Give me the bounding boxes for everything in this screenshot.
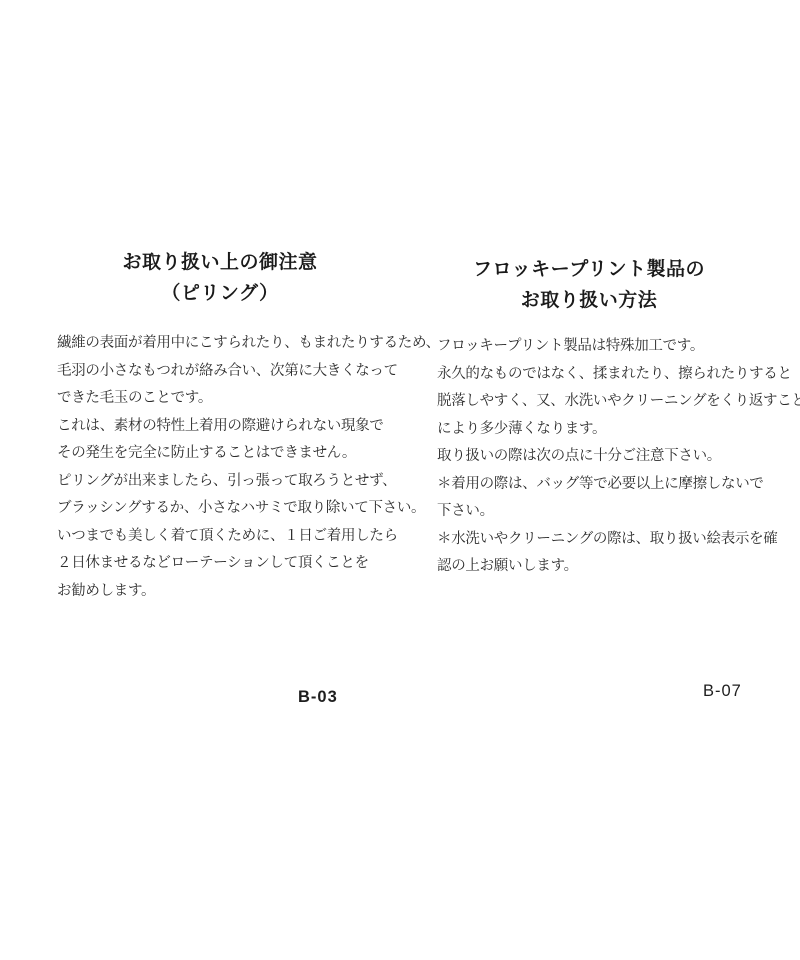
care-instruction-sheet: お取り扱い上の御注意 （ピリング） 繊維の表面が着用中にこすられたり、もまれたり… <box>0 0 800 960</box>
right-panel-title: フロッキープリント製品の お取り扱い方法 <box>429 254 749 316</box>
body-line: 取り扱いの際は次の点に十分ご注意下さい。 <box>437 443 800 471</box>
right-title-line-1: フロッキープリント製品の <box>429 254 749 285</box>
body-line: お勧めします。 <box>57 578 440 606</box>
left-title-line-2: （ピリング） <box>40 278 400 309</box>
body-line: ブラッシングするか、小さなハサミで取り除いて下さい。 <box>57 495 440 523</box>
body-line: ＊水洗いやクリーニングの際は、取り扱い絵表示を確 <box>437 526 800 554</box>
left-panel-title: お取り扱い上の御注意 （ピリング） <box>40 247 400 309</box>
body-line: 認の上お願いします。 <box>437 553 800 581</box>
body-line: 毛羽の小さなもつれが絡み合い、次第に大きくなって <box>57 358 440 386</box>
body-line: 繊維の表面が着用中にこすられたり、もまれたりするため、 <box>57 330 440 358</box>
right-title-line-2: お取り扱い方法 <box>429 285 749 316</box>
left-title-line-1: お取り扱い上の御注意 <box>40 247 400 278</box>
right-panel-body: フロッキープリント製品は特殊加工です。 永久的なものではなく、揉まれたり、擦られ… <box>437 333 800 581</box>
body-line: により多少薄くなります。 <box>437 416 800 444</box>
left-panel-body: 繊維の表面が着用中にこすられたり、もまれたりするため、 毛羽の小さなもつれが絡み… <box>57 330 440 605</box>
right-code-label: B-07 <box>703 682 742 701</box>
body-line: これは、素材の特性上着用の際避けられない現象で <box>57 413 440 441</box>
body-line: その発生を完全に防止することはできません。 <box>57 440 440 468</box>
body-line: ピリングが出来ましたら、引っ張って取ろうとせず、 <box>57 468 440 496</box>
body-line: ＊着用の際は、バッグ等で必要以上に摩擦しないで <box>437 471 800 499</box>
body-line: ２日休ませるなどローテーションして頂くことを <box>57 550 440 578</box>
body-line: 下さい。 <box>437 498 800 526</box>
body-line: いつまでも美しく着て頂くために、１日ご着用したら <box>57 523 440 551</box>
body-line: 脱落しやすく、又、水洗いやクリーニングをくり返すこと <box>437 388 800 416</box>
left-code-label: B-03 <box>298 688 338 707</box>
body-line: 永久的なものではなく、揉まれたり、擦られたりすると <box>437 361 800 389</box>
body-line: できた毛玉のことです。 <box>57 385 440 413</box>
body-line: フロッキープリント製品は特殊加工です。 <box>437 333 800 361</box>
